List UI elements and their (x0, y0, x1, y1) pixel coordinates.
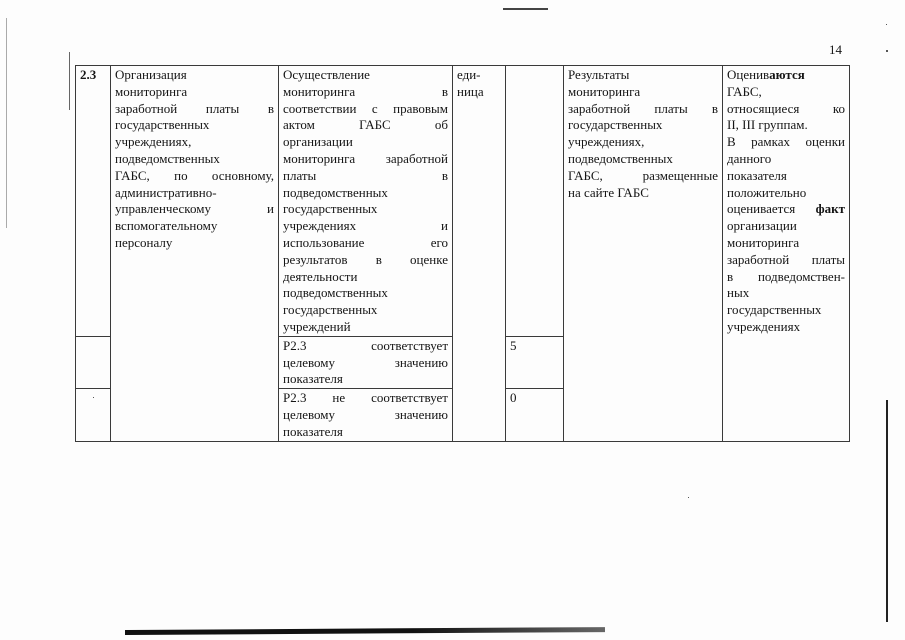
text-line: оценивается факт (727, 201, 845, 218)
text-line: персоналу (115, 235, 274, 252)
condition-cell: P2.3 не соответствуетцелевому значениюпо… (279, 389, 453, 441)
text-line: соответствии с правовым (283, 101, 448, 118)
unit-cell: еди-ница (453, 66, 506, 442)
text-line: государственных (568, 117, 718, 134)
text-line: II, III группам. (727, 117, 845, 134)
text-line: на сайте ГАБС (568, 185, 718, 202)
text-line: показателя (727, 168, 845, 185)
text-line: мониторинга (727, 235, 845, 252)
page-number: 14 (829, 42, 842, 58)
text-line: актом ГАБС об (283, 117, 448, 134)
text-line: учреждениях и (283, 218, 448, 235)
condition-number-cell (76, 336, 111, 388)
text-line: деятельности (283, 269, 448, 286)
condition-text: P2.3 соответствуетцелевому значениюпоказ… (283, 338, 448, 388)
text-line: платы в (283, 168, 448, 185)
score-cell: 5 (506, 336, 564, 388)
source-text: Результатымониторингазаработной платы вг… (568, 67, 718, 201)
text-line: ных (727, 285, 845, 302)
text-line: Оцениваются (727, 67, 845, 84)
scan-artifact-left-edge (6, 18, 7, 228)
text-line: административно- (115, 185, 274, 202)
scan-artifact-dot (688, 497, 689, 498)
source-cell: Результатымониторингазаработной платы вг… (564, 66, 723, 442)
text-line: ница (457, 84, 501, 101)
indicator-number-cell: 2.3 (76, 66, 111, 337)
text-line: результатов в оценке (283, 252, 448, 269)
text-line: государственных (283, 201, 448, 218)
text-line: вспомогательному (115, 218, 274, 235)
text-line: целевому значению (283, 407, 448, 424)
text-line: подведомственных (568, 151, 718, 168)
indicator-table: 2.3 Организациямониторингазаработной пла… (75, 65, 850, 442)
scan-artifact-right-edge (886, 400, 888, 622)
text-line: Результаты (568, 67, 718, 84)
calculation-cell: Осуществлениемониторинга всоответствии с… (279, 66, 453, 337)
text-line: государственных (727, 302, 845, 319)
text-line: мониторинга заработной (283, 151, 448, 168)
text-line: в подведомствен- (727, 269, 845, 286)
indicator-name-cell: Организациямониторингазаработной платы в… (111, 66, 279, 442)
table-row: 2.3 Организациямониторингазаработной пла… (76, 66, 850, 337)
text-line: государственных (283, 302, 448, 319)
indicator-number: 2.3 (80, 67, 96, 82)
score-header-cell (506, 66, 564, 337)
text-line: организации (283, 134, 448, 151)
text-line: ГАБС, размещенные (568, 168, 718, 185)
calculation-text: Осуществлениемониторинга всоответствии с… (283, 67, 448, 336)
indicator-name-text: Организациямониторингазаработной платы в… (115, 67, 274, 252)
text-line: организации (727, 218, 845, 235)
text-line: Организация (115, 67, 274, 84)
condition-text: P2.3 не соответствуетцелевому значениюпо… (283, 390, 448, 440)
text-line: использование его (283, 235, 448, 252)
condition-cell: P2.3 соответствуетцелевому значениюпоказ… (279, 336, 453, 388)
text-line: ГАБС, (727, 84, 845, 101)
text-line: P2.3 не соответствует (283, 390, 448, 407)
unit-text: еди-ница (457, 67, 501, 101)
text-line: В рамках оценки (727, 134, 845, 151)
comment-cell: ОцениваютсяГАБС,относящиеся коII, III гр… (723, 66, 850, 442)
scan-artifact-dot (886, 50, 888, 52)
score-value: 5 (510, 338, 517, 353)
condition-number-cell (76, 389, 111, 441)
text-line: мониторинга (568, 84, 718, 101)
text-line: относящиеся ко (727, 101, 845, 118)
text-line: показателя (283, 424, 448, 441)
text-line: ГАБС, по основному, (115, 168, 274, 185)
score-cell: 0 (506, 389, 564, 441)
text-line: подведомственных (283, 185, 448, 202)
text-line: учреждениях, (568, 134, 718, 151)
scan-artifact-dot (886, 24, 887, 25)
text-line: учреждениях, (115, 134, 274, 151)
text-line: учреждениях (727, 319, 845, 336)
text-line: заработной платы в (115, 101, 274, 118)
text-line: государственных (115, 117, 274, 134)
text-line: заработной платы (727, 252, 845, 269)
text-line: целевому значению (283, 355, 448, 372)
scan-artifact-bottom-bar (125, 627, 605, 635)
comment-text: ОцениваютсяГАБС,относящиеся коII, III гр… (727, 67, 845, 336)
text-line: данного (727, 151, 845, 168)
text-line: заработной платы в (568, 101, 718, 118)
text-line: подведомственных (283, 285, 448, 302)
scan-artifact-left-mark (69, 52, 70, 110)
text-line: мониторинга (115, 84, 274, 101)
score-value: 0 (510, 390, 517, 405)
text-line: показателя (283, 371, 448, 388)
scan-artifact-top-dash (503, 8, 548, 10)
text-line: мониторинга в (283, 84, 448, 101)
text-line: подведомственных (115, 151, 274, 168)
text-line: учреждений (283, 319, 448, 336)
text-line: положительно (727, 185, 845, 202)
text-line: Осуществление (283, 67, 448, 84)
text-line: P2.3 соответствует (283, 338, 448, 355)
text-line: еди- (457, 67, 501, 84)
text-line: управленческому и (115, 201, 274, 218)
